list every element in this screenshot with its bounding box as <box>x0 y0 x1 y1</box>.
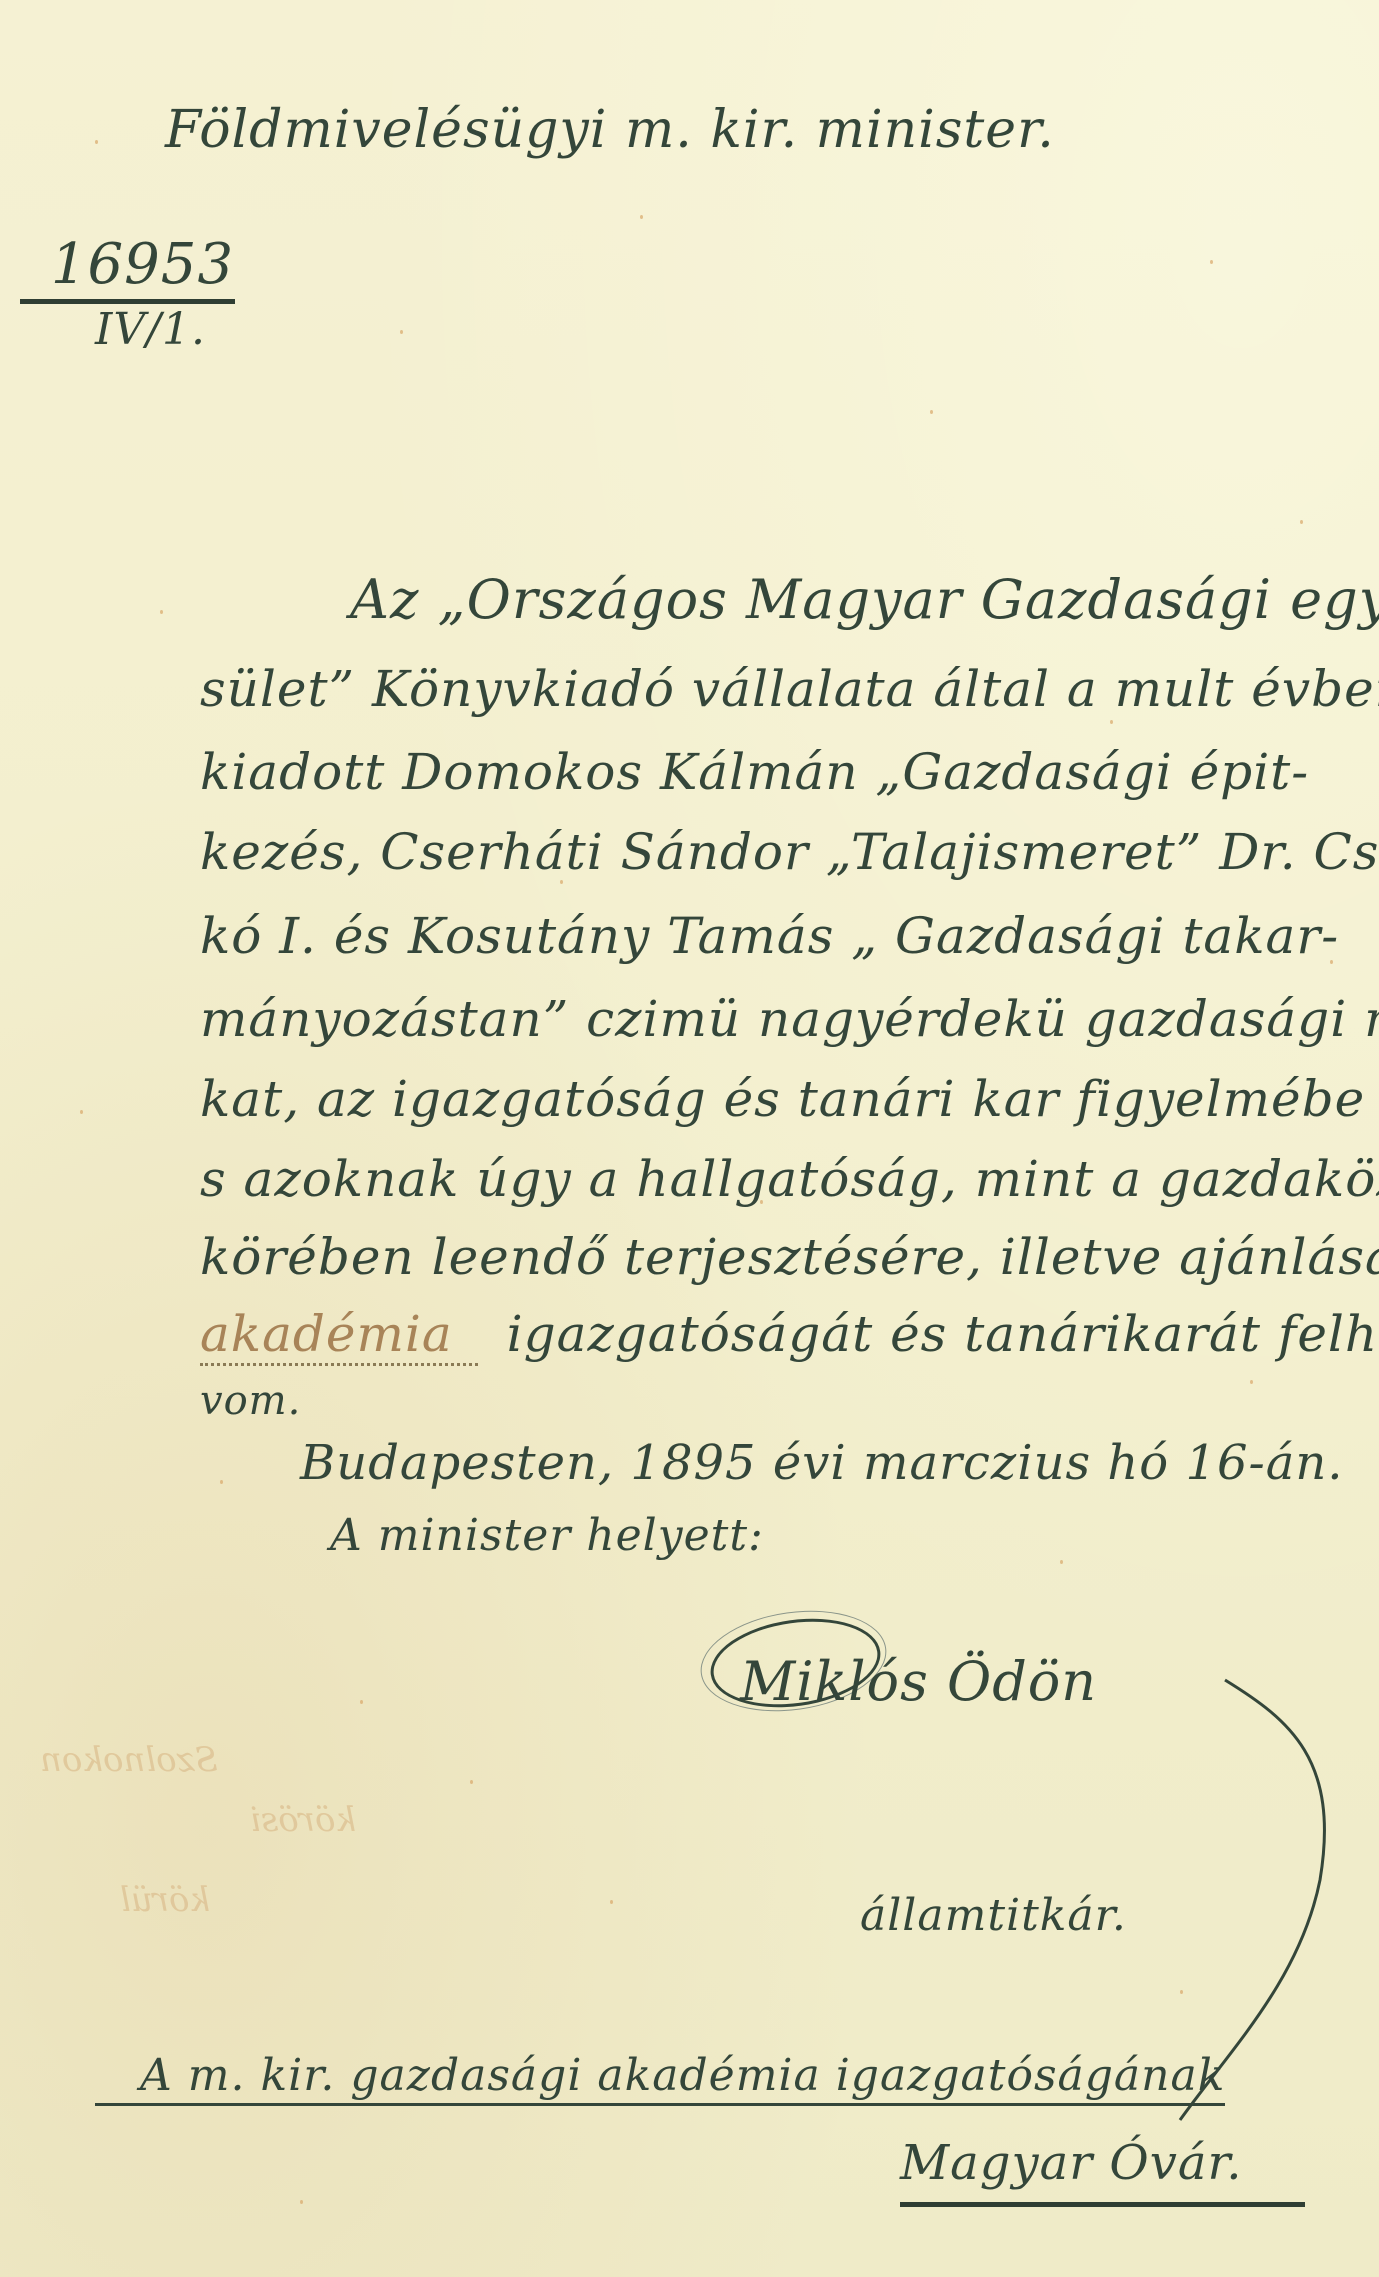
place-underline <box>900 2202 1305 2207</box>
recipient-place: Magyar Óvár. <box>900 2135 1242 2191</box>
recipient: A m. kir. gazdasági akadémia igazgatóság… <box>140 2050 1225 2101</box>
signature-title: államtitkár. <box>860 1890 1127 1941</box>
recipient-underline <box>95 2103 1225 2106</box>
signature-tail-stroke <box>0 0 1379 2277</box>
